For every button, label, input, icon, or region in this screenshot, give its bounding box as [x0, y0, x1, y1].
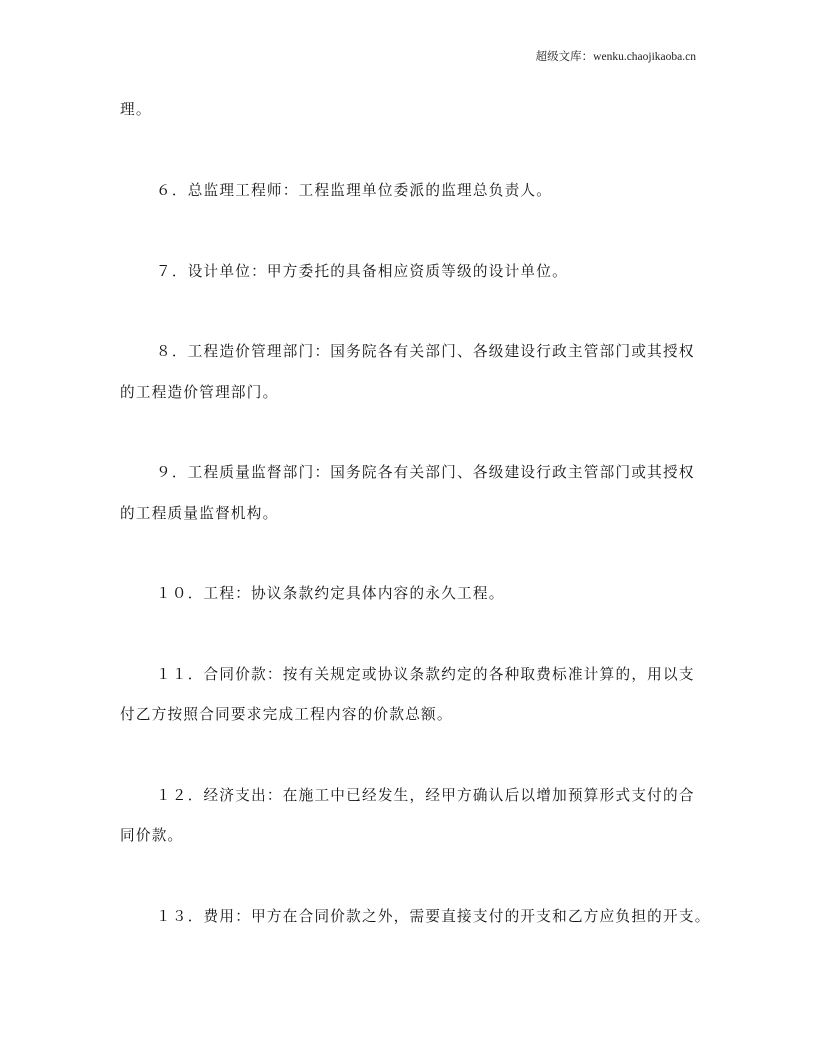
page-header-source: 超级文库：wenku.chaojikaoba.cn [536, 48, 696, 64]
paragraph-line-start: ９．工程质量监督部门：国务院各有关部门、各级建设行政主管部门或其授权 [156, 463, 695, 483]
paragraph-line-continuation: 同价款。 [120, 826, 183, 846]
paragraph-line-start: ６．总监理工程师：工程监理单位委派的监理总负责人。 [156, 181, 552, 201]
paragraph-line-continuation: 的工程质量监督机构。 [120, 504, 278, 524]
paragraph-line-start: １０．工程：协议条款约定具体内容的永久工程。 [156, 584, 505, 604]
paragraph-line-continuation: 付乙方按照合同要求完成工程内容的价款总额。 [120, 705, 453, 725]
paragraph-line-start: ７．设计单位：甲方委托的具备相应资质等级的设计单位。 [156, 262, 568, 282]
paragraph-line-start: １３．费用：甲方在合同价款之外，需要直接支付的开支和乙方应负担的开支。 [156, 907, 711, 927]
paragraph-line-start: ８．工程造价管理部门：国务院各有关部门、各级建设行政主管部门或其授权 [156, 342, 695, 362]
paragraph-line-start: １１．合同价款：按有关规定或协议条款约定的各种取费标准计算的，用以支 [156, 665, 695, 685]
paragraph-line-continuation: 的工程造价管理部门。 [120, 383, 278, 403]
paragraph-line-continuation: 理。 [120, 100, 152, 120]
paragraph-line-start: １２．经济支出：在施工中已经发生，经甲方确认后以增加预算形式支付的合 [156, 786, 695, 806]
